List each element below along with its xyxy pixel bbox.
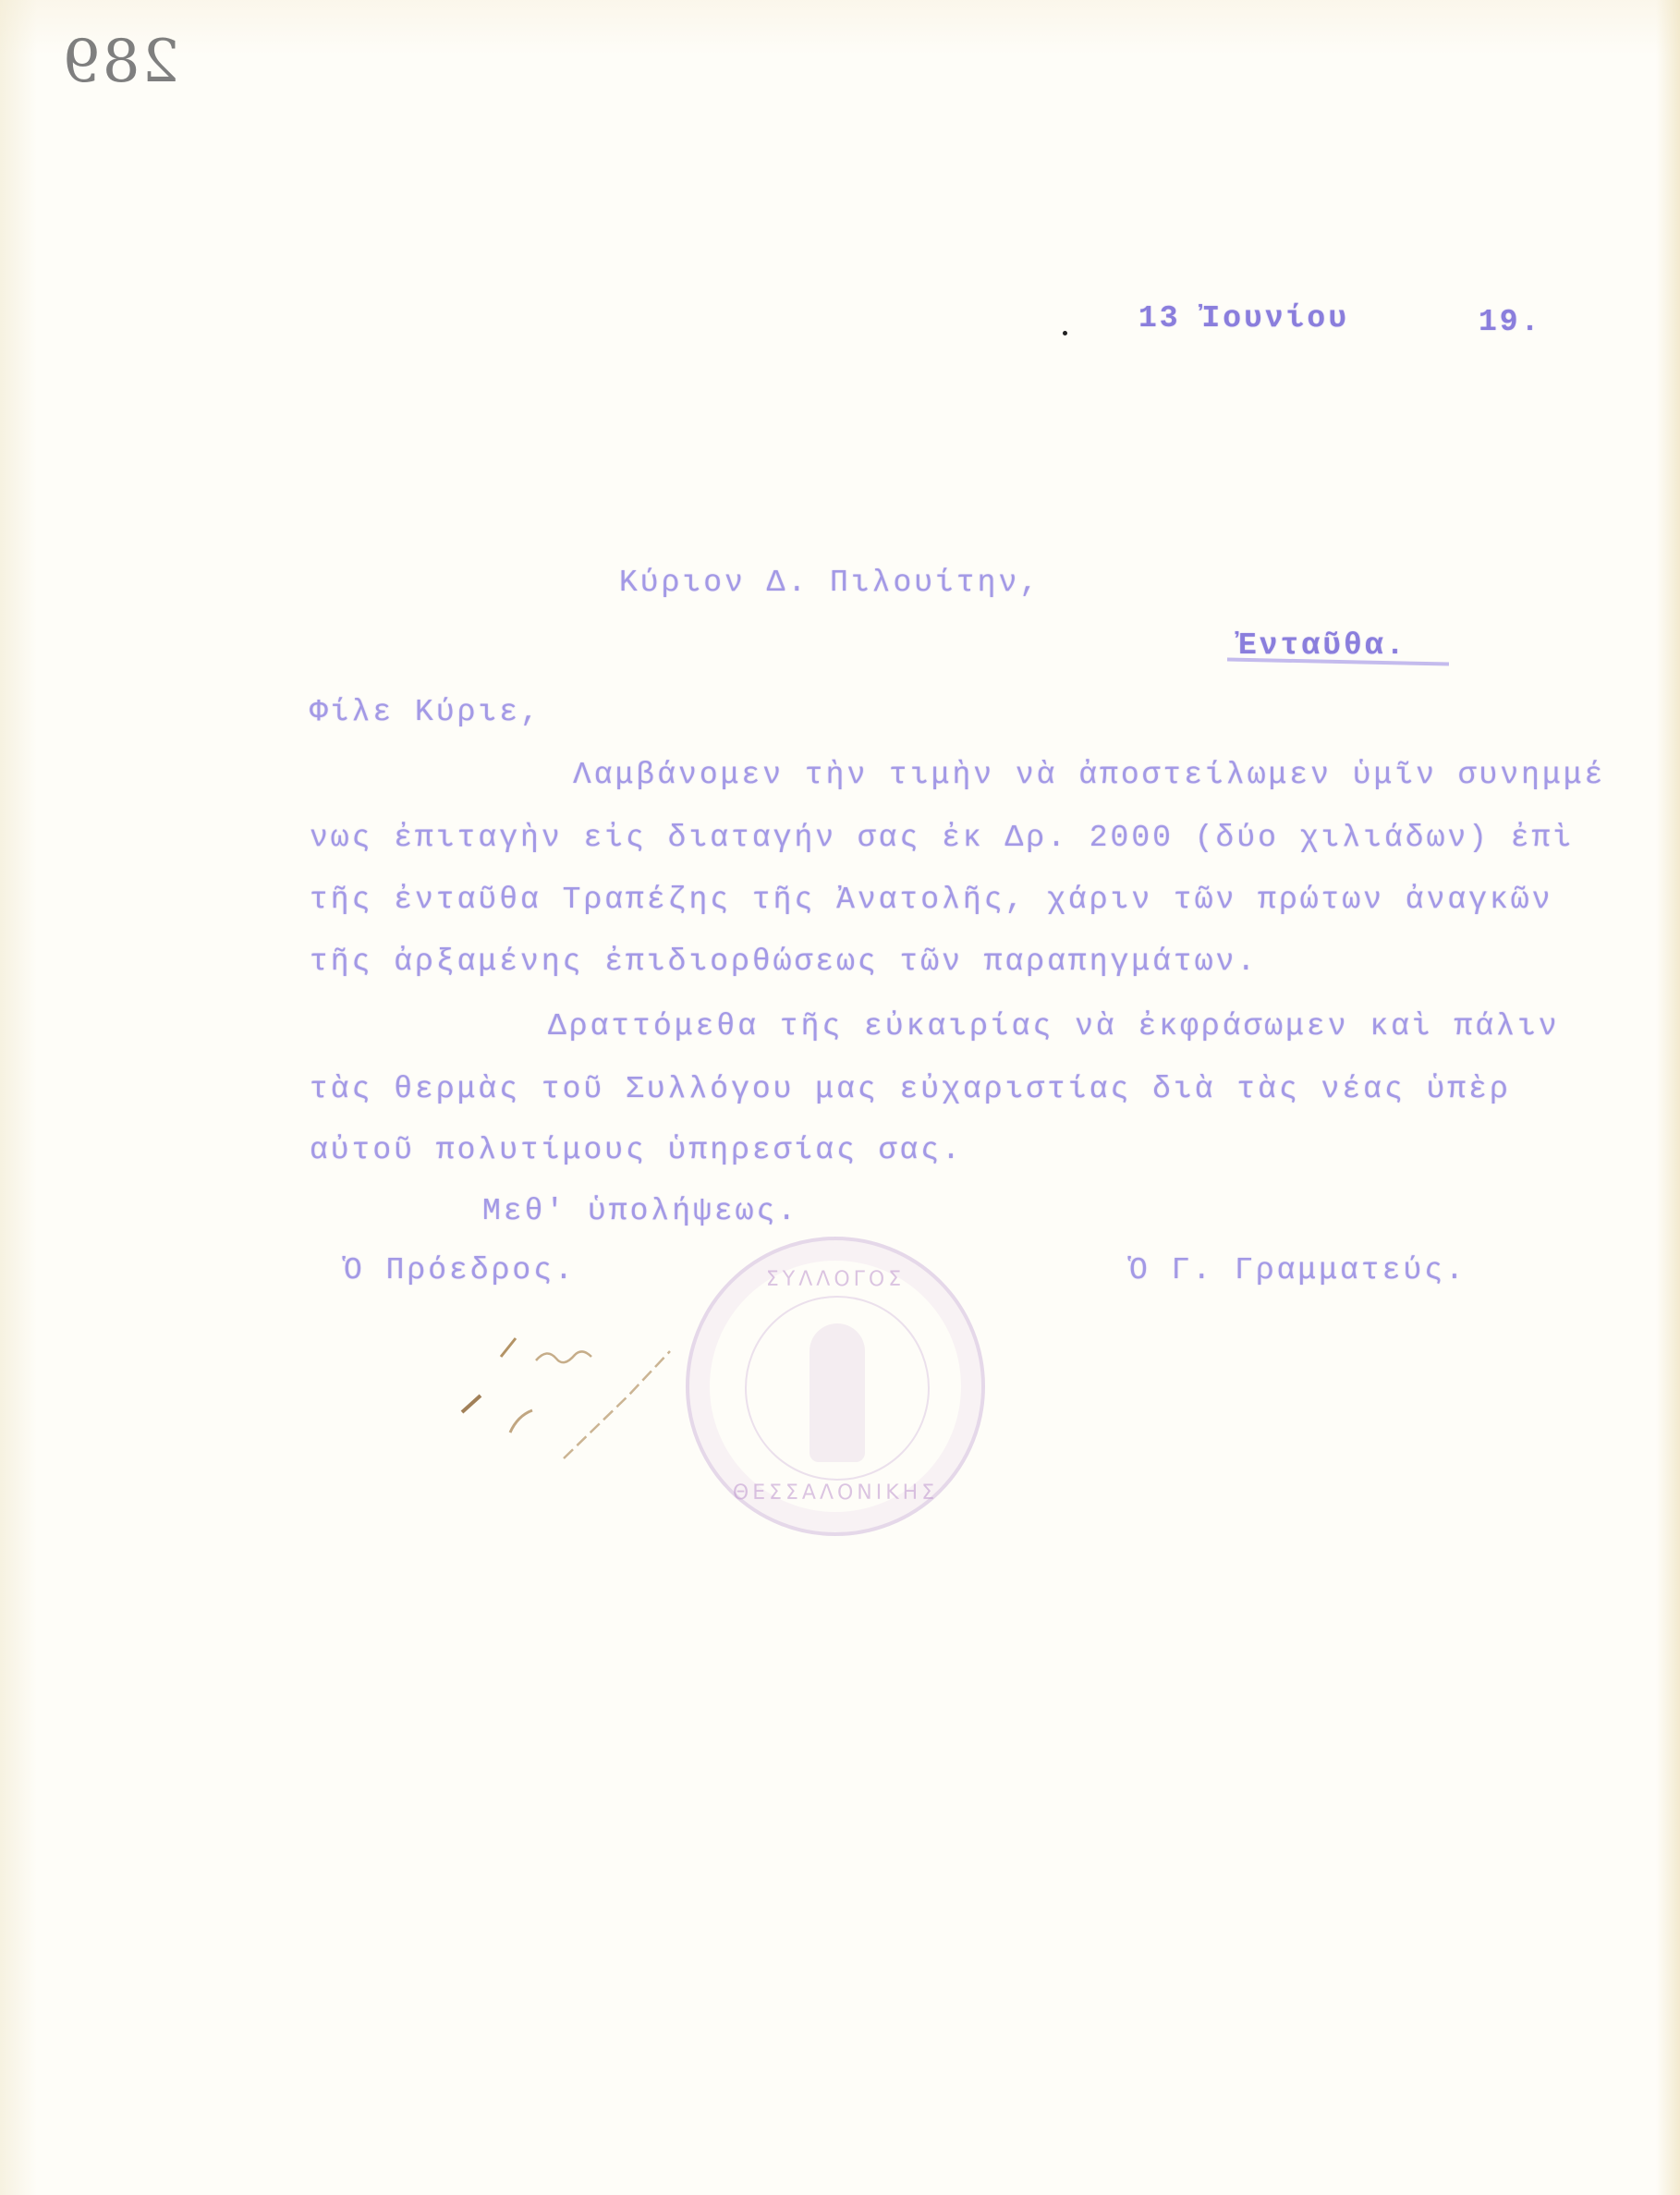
paragraph-1-line: τῆς ἀρξαμένης ἐπιδιορθώσεως τῶν παραπηγμ… [310, 945, 1258, 979]
date-year: 19. [1479, 305, 1541, 339]
salutation: Φίλε Κύριε, [310, 695, 542, 729]
seal-text-top: ΣΥΛΛΟΓΟΣ [689, 1268, 981, 1291]
paragraph-1-line: Λαμβάνομεν τὴν τιμὴν νὰ ἀποστείλωμεν ὑμῖ… [573, 758, 1605, 792]
society-seal-stamp: ΣΥΛΛΟΓΟΣ ΘΕΣΣΑΛΟΝΙΚΗΣ [686, 1237, 985, 1536]
seal-text-bottom: ΘΕΣΣΑΛΟΝΙΚΗΣ [689, 1482, 981, 1505]
paragraph-2-line: τὰς θερμὰς τοῦ Συλλόγου μας εὐχαριστίας … [310, 1072, 1511, 1106]
signatory-secretary: Ὁ Γ. Γραμματεύς. [1129, 1253, 1467, 1287]
paragraph-2-line: Δραττόμεθα τῆς εὐκαιρίας νὰ ἐκφράσωμεν κ… [548, 1009, 1560, 1043]
paragraph-1-line: τῆς ἐνταῦθα Τραπέζης τῆς Ἀνατολῆς, χάριν… [310, 883, 1552, 917]
handwritten-signature [444, 1303, 684, 1469]
closing: Μεθ' ὑπολήψεως. [482, 1194, 798, 1228]
recipient-name: Κύριον Δ. Πιλουίτην, [619, 566, 1041, 600]
paragraph-1-line: νως ἐπιταγὴν εἰς διαταγήν σας ἐκ Δρ. 200… [310, 821, 1574, 855]
archive-number-stamp: 289 [61, 28, 179, 96]
date-day-month: 13 Ἰουνίου [1138, 301, 1349, 335]
paper-page: 289 13 Ἰουνίου 19. Κύριον Δ. Πιλουίτην, … [0, 0, 1680, 2195]
signatory-president: Ὁ Πρόεδρος. [344, 1253, 576, 1287]
paragraph-2-line: αὐτοῦ πολυτίμους ὑπηρεσίας σας. [310, 1133, 963, 1167]
seal-figure-icon [810, 1323, 865, 1462]
ink-dot [1063, 331, 1067, 335]
